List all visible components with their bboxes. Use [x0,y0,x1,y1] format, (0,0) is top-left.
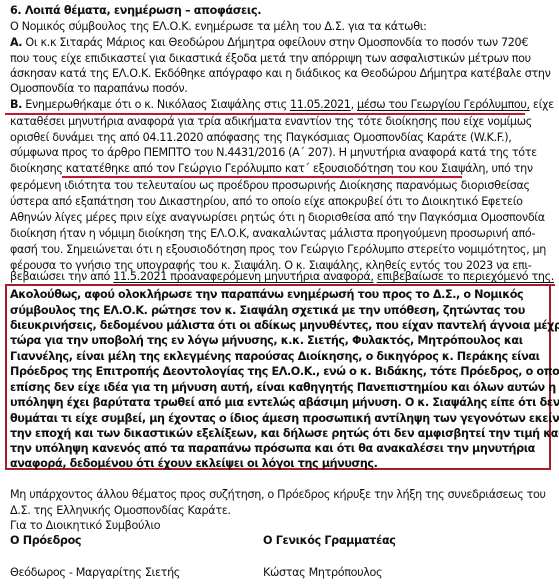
item-a-label: Α. [10,36,22,49]
item-a-text: Οι κ.κ Σιταράς Μάριος και Θεοδώρου Δήμητ… [22,36,528,49]
box-line-3: διευκρινήσεις, δεδομένου μάλιστα ότι οι … [10,318,559,333]
item-a-line-2: που τους είχε επιδικαστεί για δικαστικά … [10,51,531,66]
item-b-via: μέσω του Γεωργίου Γερόλυμπου, [357,98,530,111]
item-b-last-underlined: 11.5.2021 προαναφερόμενη μηνυτήρια αναφο… [113,270,373,283]
signature-right-name: Κώστας Μητρόπουλος [263,565,382,580]
box-line-7: επίσης δεν είχε ιδέα για τη μήνυση αυτή,… [10,380,556,395]
item-b-confirmed: επιβεβαίωσε το περιεχόμενό της. [377,270,554,283]
item-b-line-4: σύμφωνα προς το άρθρο ΠΕΜΠΤΟ του Ν.4431/… [10,145,537,160]
box-line-5: Γιαννέλης, είναι μέλη της εκλεγμένης παρ… [10,349,540,364]
item-b-line-1: Β. Ενημερωθήκαμε ότι ο κ. Νικόλαος Σιαψά… [10,97,554,112]
item-b-line-7: ύστερα από εξαπάτηση του Δικαστηρίου, απ… [10,194,523,209]
box-line-9: θυμάται τι είχε συμβεί, μη έχοντας ο ίδι… [10,411,559,426]
item-b-date: 11.05.2021 [290,98,351,111]
item-b-line-9: διοίκηση ήταν η νόμιμη διοίκηση της ΕΛ.Ο… [10,226,535,241]
item-b-filed-by: κατατέθηκε από τον Γεώργιο Γερόλυμπο κατ… [66,162,489,175]
item-b-line-3: ορισθεί δυνάμει της από 04.11.2020 απόφα… [10,130,511,145]
item-b-line-8: Αθηνών λίγες μέρες πριν είχε αναγνωρίσει… [10,210,545,225]
box-line-12: αναφορά, δεδομένου ότι έχουν εκλείψει οι… [10,456,377,471]
signature-right-role: Ο Γενικός Γραμματέας [263,533,396,548]
item-b-line-5: διοίκησης κατατέθηκε από τον Γεώργιο Γερ… [10,161,533,176]
item-b-tail: είχε [530,98,554,111]
closing-line-3: Για το Διοικητικό Συμβούλιο [10,518,160,533]
item-b-line-12: βεβαιώσει την από 11.5.2021 προαναφερόμε… [10,269,554,284]
item-b-text: Ενημερωθήκαμε ότι ο κ. Νικόλαος Σιαψάλης… [22,98,290,111]
box-line-11: την υπόληψη κανενός από τα παραπάνω πρόσ… [10,441,535,456]
item-b-line-2: καταθέσει μηνυτήρια αναφορά για τρία αδι… [10,114,532,129]
section-title: 6. Λοιπά θέματα, ενημέρωση – αποφάσεις. [10,3,261,18]
item-b-line-10: φασή του. Σημειώνεται ότι η εξουσιοδότησ… [10,242,546,257]
box-line-6: Πρόεδρος της Επιτροπής Δεοντολογίας της … [10,364,559,379]
box-line-10: την εποχή και των δικαστικών εξελίξεων, … [10,426,559,441]
item-a-line-3: άσκησαν κατά της ΕΛ.Ο.Κ. Εκδόθηκε απόγρα… [10,66,551,81]
item-b-label: Β. [10,98,22,111]
item-a-line-1: Α. Οι κ.κ Σιταράς Μάριος και Θεοδώρου Δή… [10,35,528,50]
item-b-line-5-post: υπό την [488,162,532,175]
item-b-line-6: φερόμενη ιδιότητα του τελευταίου ως προέ… [10,178,530,193]
item-b-last-pre: βεβαιώσει την από [10,270,113,283]
box-line-2: σύμβουλος της ΕΛ.Ο.Κ. ρώτησε τον κ. Σιαψ… [10,303,525,318]
box-line-1: Ακολούθως, αφού ολοκλήρωσε την παραπάνω … [10,287,523,302]
signature-left-name: Θεόδωρος - Μαργαρίτης Σιετής [10,565,180,580]
closing-line-2: Δ.Σ. της Ελληνικής Ομοσπονδίας Καράτε. [10,503,231,518]
closing-line-1: Μη υπάρχοντος άλλου θέματος προς συζήτησ… [10,487,546,502]
item-b-line-5-pre: διοίκησης [10,162,66,175]
section-intro: Ο Νομικός σύμβουλος της ΕΛ.Ο.Κ. ενημέρωσ… [10,19,427,34]
item-a-line-4: Ομοσπονδία το παραπάνω ποσόν. [10,81,187,96]
box-line-8: υπόληψη έχει βαρύτατα τρωθεί από μια εντ… [10,395,559,410]
box-line-4: τώρα για την υποβολή της εν λόγω μήνυσης… [10,333,523,348]
signature-left-role: Ο Πρόεδρος [10,533,81,548]
